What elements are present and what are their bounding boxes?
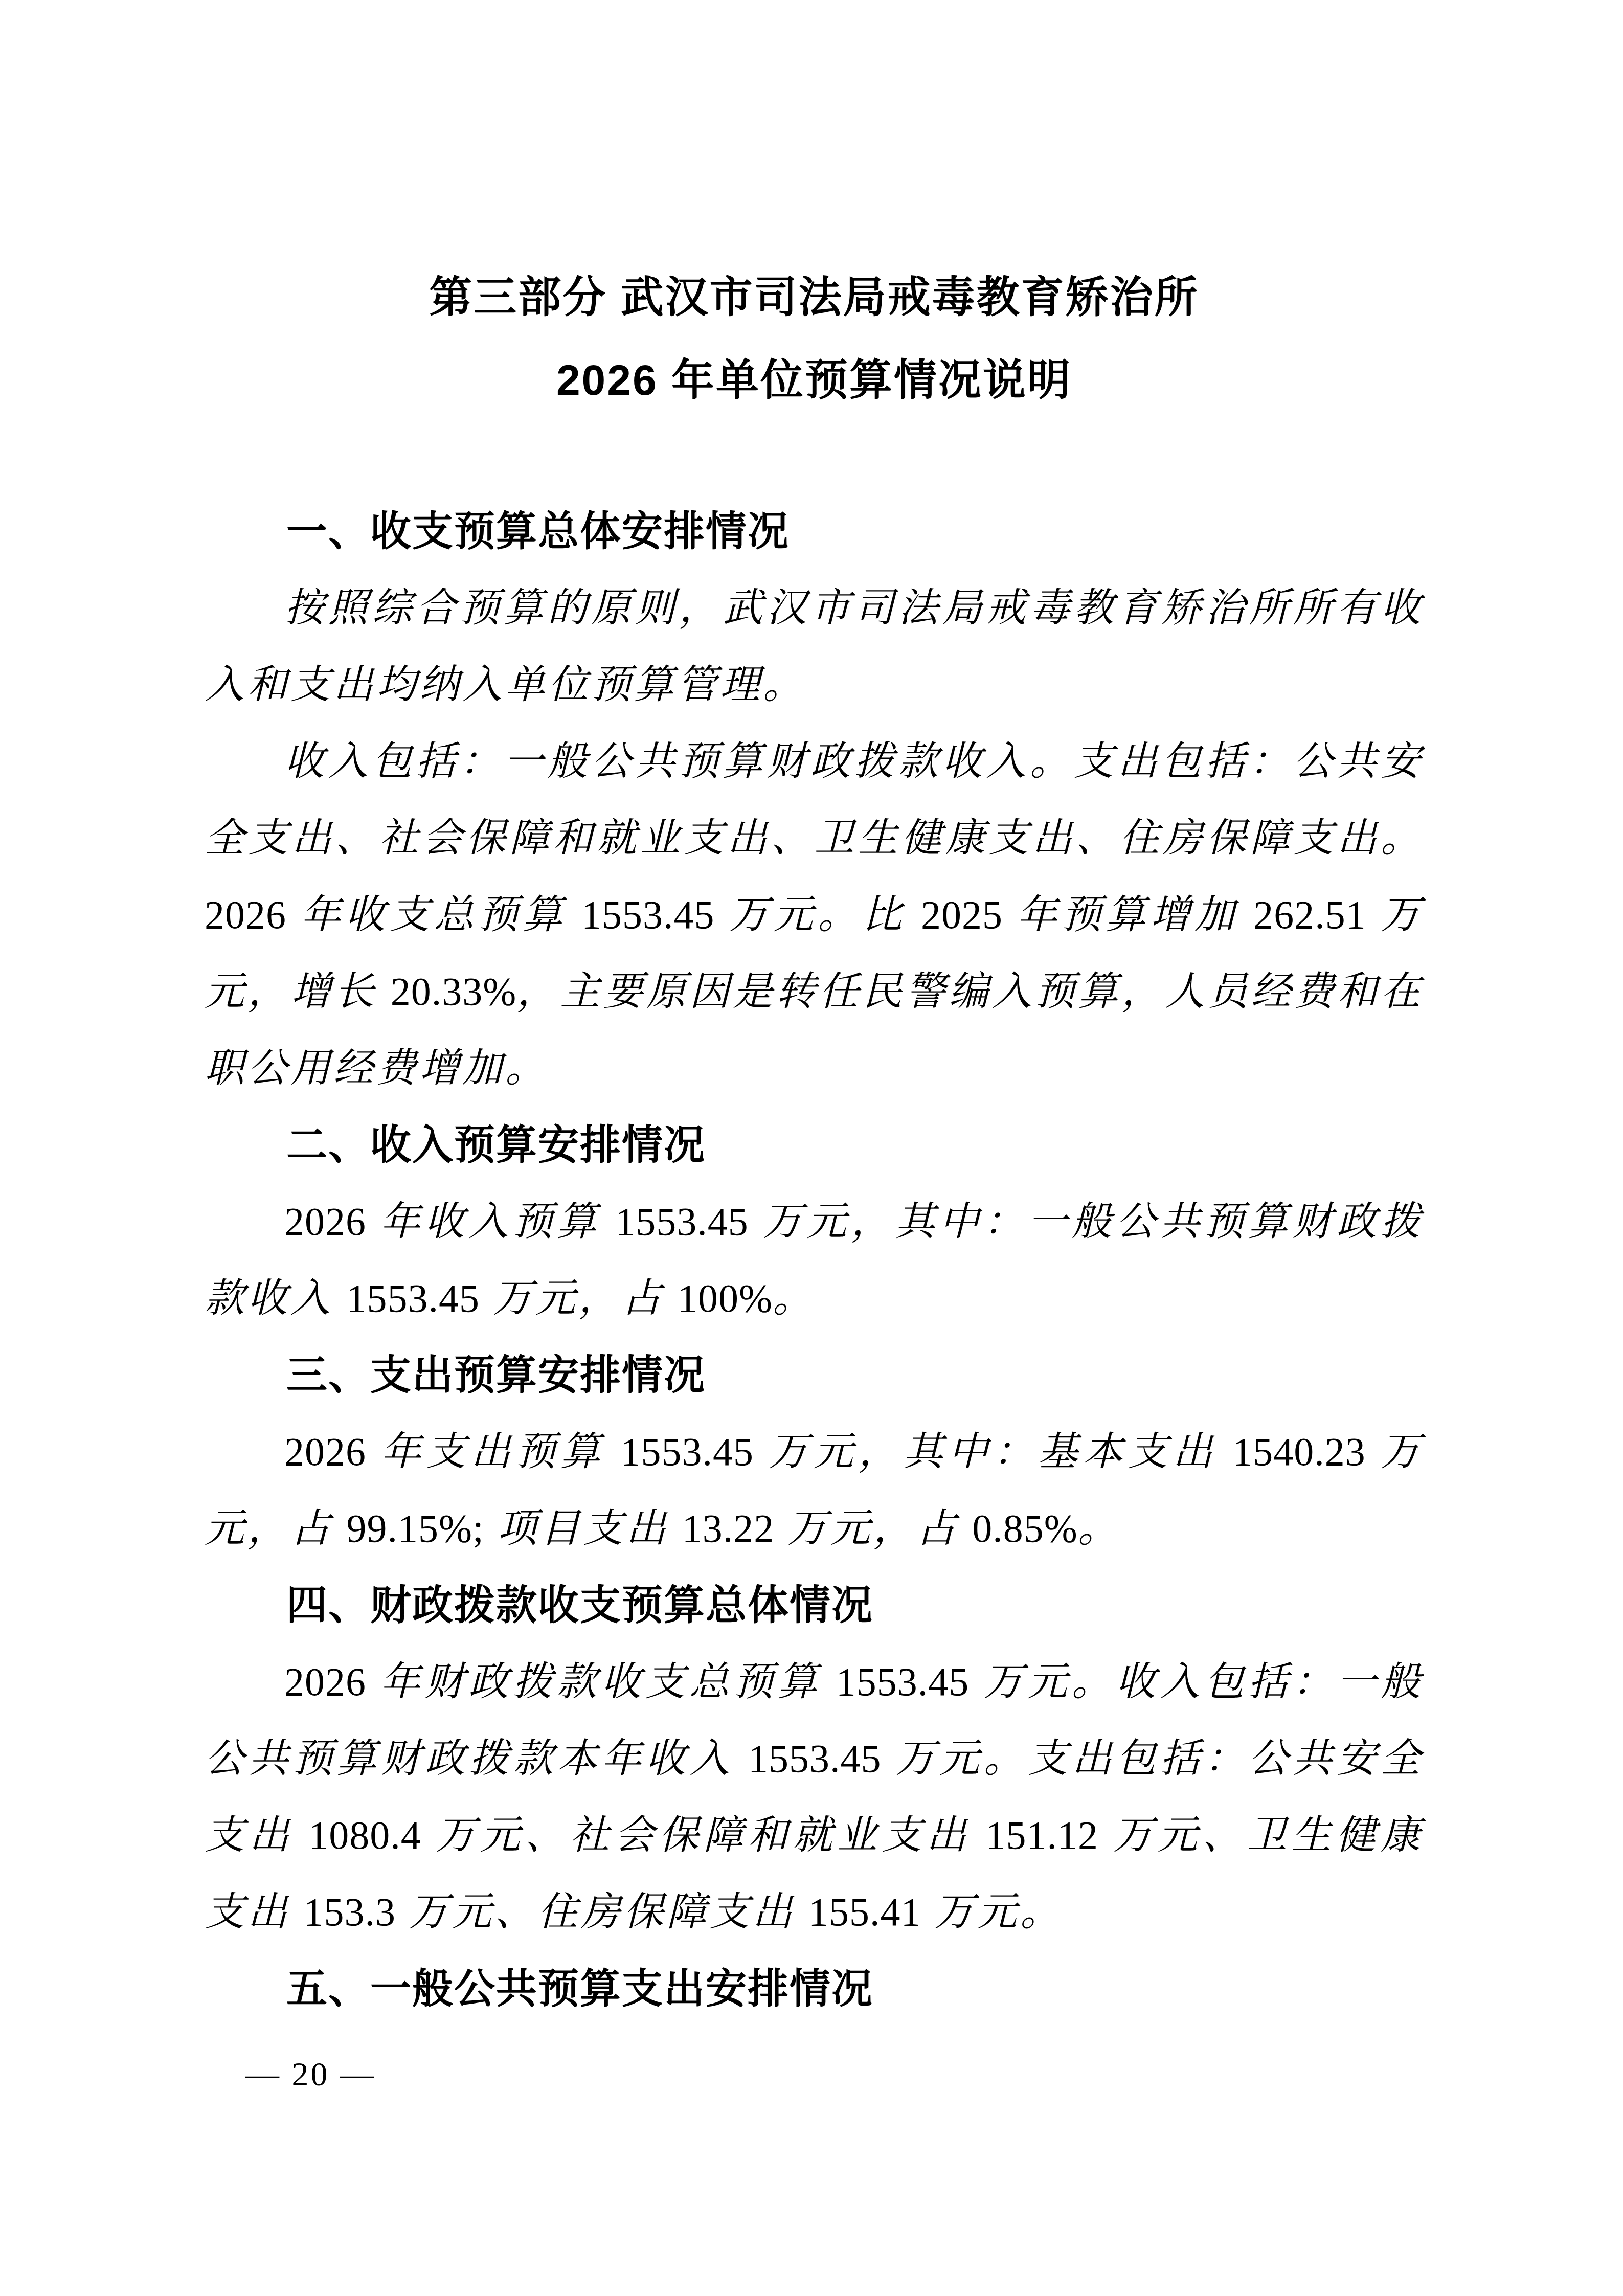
document-title-line1: 第三部分 武汉市司法局戒毒教育矫治所 [205, 256, 1424, 339]
document-title-line2: 2026 年单位预算情况说明 [205, 339, 1424, 421]
paragraph-income-budget: 2026 年收入预算 1553.45 万元，其中：一般公共预算财政拨款收入 15… [205, 1183, 1424, 1337]
section-heading-fiscal-appropriation: 四、财政拨款收支预算总体情况 [205, 1567, 1424, 1644]
paragraph-overall-budget-1: 按照综合预算的原则，武汉市司法局戒毒教育矫治所所有收入和支出均纳入单位预算管理。 [205, 570, 1424, 723]
section-heading-expenditure-budget: 三、支出预算安排情况 [205, 1337, 1424, 1413]
page-number: — 20 — [245, 2036, 1424, 2113]
paragraph-overall-budget-2: 收入包括：一般公共预算财政拨款收入。支出包括：公共安全支出、社会保障和就业支出、… [205, 723, 1424, 1107]
section-heading-general-public-budget: 五、一般公共预算支出安排情况 [205, 1950, 1424, 2027]
paragraph-fiscal-appropriation: 2026 年财政拨款收支总预算 1553.45 万元。收入包括：一般公共预算财政… [205, 1644, 1424, 1950]
section-heading-income-budget: 二、收入预算安排情况 [205, 1107, 1424, 1183]
document-page: 第三部分 武汉市司法局戒毒教育矫治所 2026 年单位预算情况说明 一、收支预算… [0, 0, 1623, 2296]
document-body: 一、收支预算总体安排情况 按照综合预算的原则，武汉市司法局戒毒教育矫治所所有收入… [205, 493, 1424, 2027]
section-heading-overall-budget: 一、收支预算总体安排情况 [205, 493, 1424, 570]
paragraph-expenditure-budget: 2026 年支出预算 1553.45 万元，其中：基本支出 1540.23 万元… [205, 1413, 1424, 1567]
